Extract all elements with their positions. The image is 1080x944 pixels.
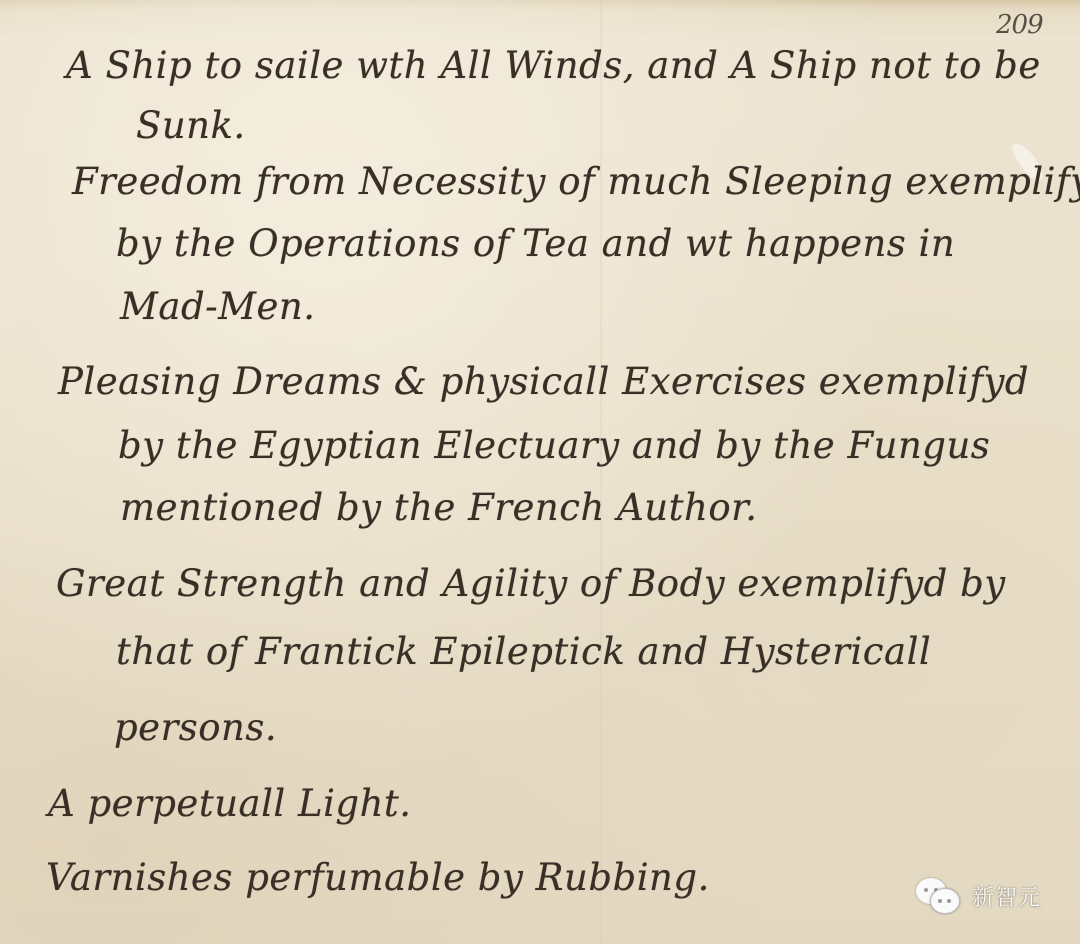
entry-3-line-1: Pleasing Dreams & physicall Exercises ex… [58, 360, 1029, 403]
entry-5-line-1: A perpetuall Light. [48, 782, 412, 825]
folio-number: 209 [996, 10, 1043, 40]
entry-6-line-1: Varnishes perfumable by Rubbing. [46, 856, 710, 899]
paper-fold-line [600, 0, 602, 944]
entry-4-line-3: persons. [114, 706, 277, 749]
entry-3-line-3: mentioned by the French Author. [120, 486, 757, 529]
entry-4-line-2: that of Frantick Epileptick and Hysteric… [116, 630, 931, 673]
watermark: 新智元 [914, 876, 1041, 916]
entry-2-line-3: Mad-Men. [120, 285, 316, 328]
wechat-icon [914, 876, 964, 916]
entry-2-line-1: Freedom from Necessity of much Sleeping … [72, 160, 1080, 203]
manuscript-page: 209 A Ship to saile wth All Winds, and A… [0, 0, 1080, 944]
entry-4-line-1: Great Strength and Agility of Body exemp… [56, 562, 1006, 605]
entry-3-line-2: by the Egyptian Electuary and by the Fun… [118, 424, 990, 467]
entry-1-line-2: Sunk. [136, 104, 246, 147]
entry-2-line-2: by the Operations of Tea and wt happens … [116, 222, 955, 265]
entry-1-line-1: A Ship to saile wth All Winds, and A Shi… [66, 44, 1041, 87]
watermark-text: 新智元 [972, 881, 1041, 912]
